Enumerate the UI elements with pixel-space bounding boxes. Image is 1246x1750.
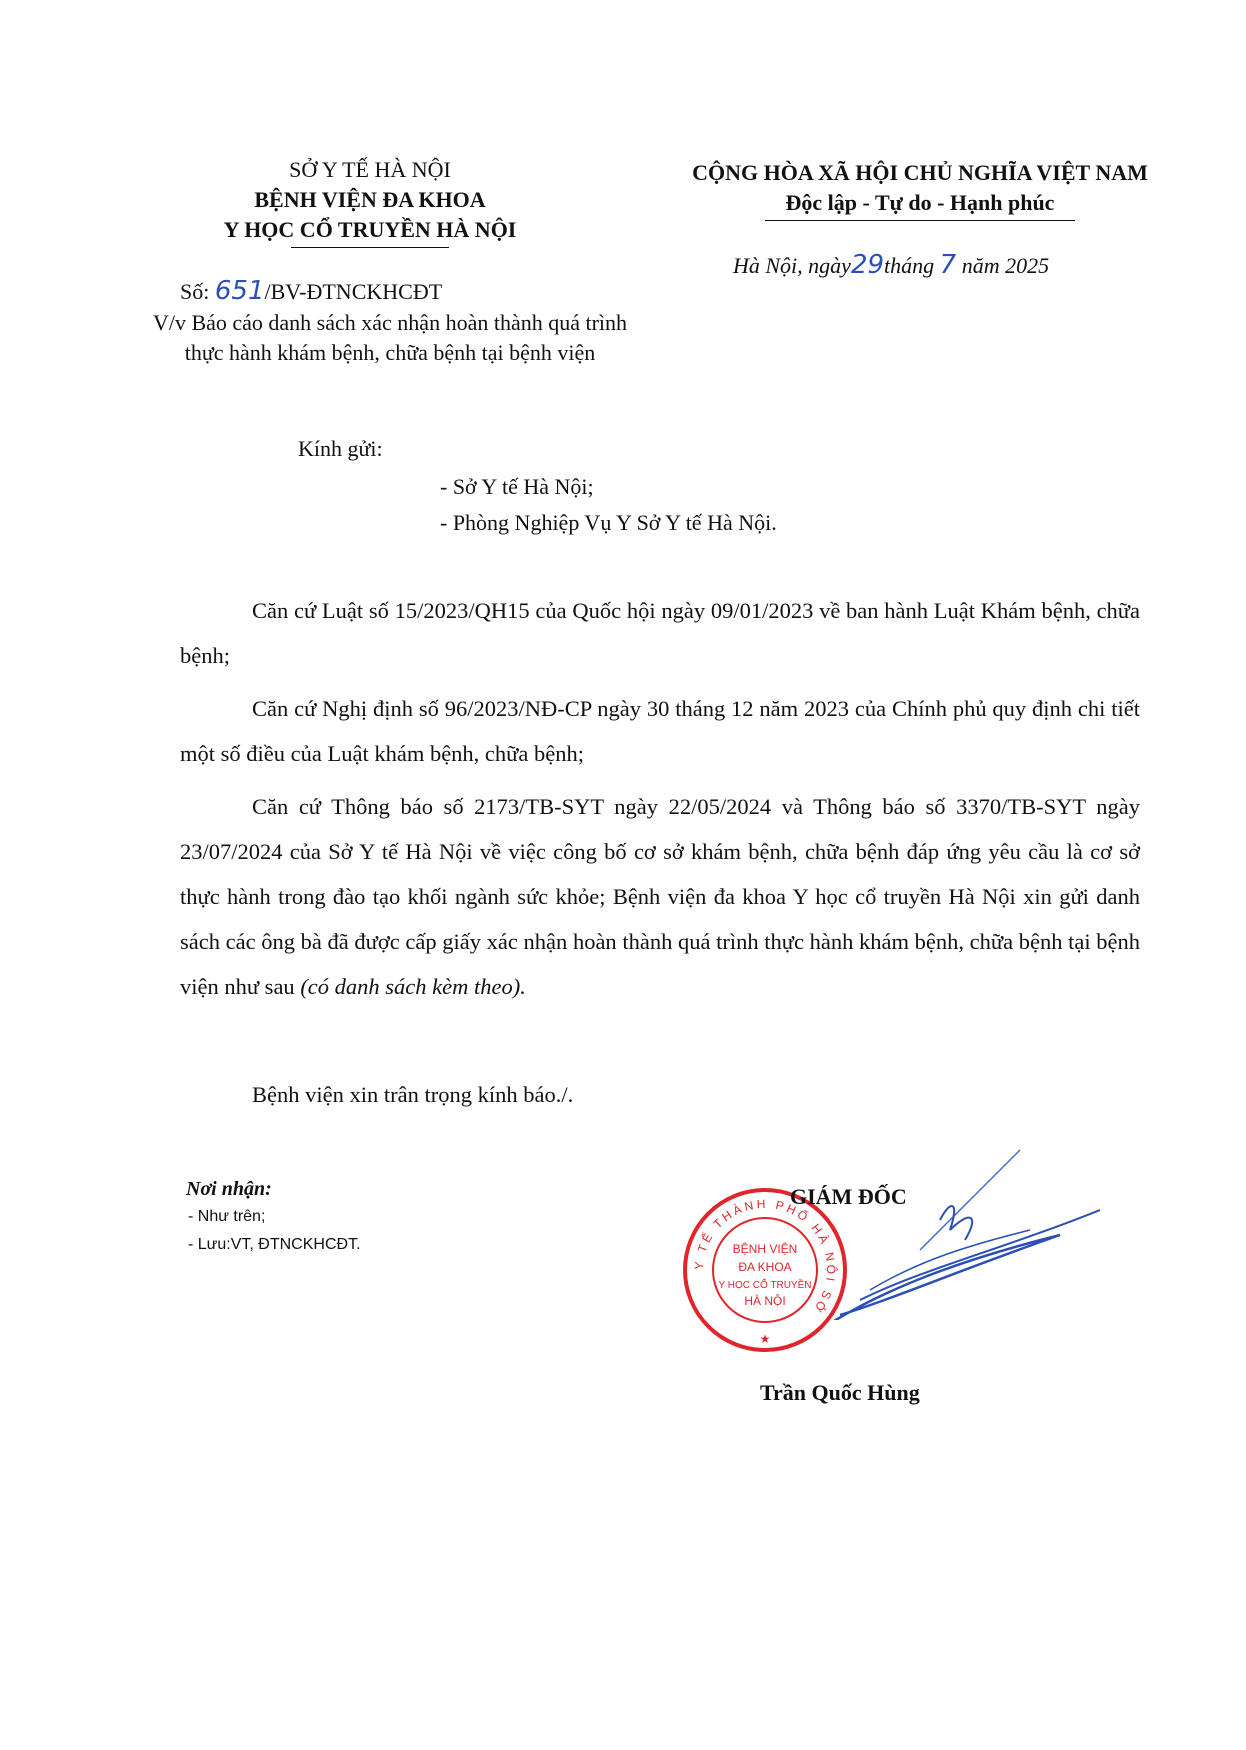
distribution-label: Nơi nhận:	[186, 1178, 272, 1201]
paragraph-text: Căn cứ Thông báo số 2173/TB-SYT ngày 22/…	[180, 794, 1140, 999]
date-year: năm 2025	[962, 253, 1049, 278]
svg-text:ĐA KHOA: ĐA KHOA	[738, 1260, 791, 1274]
body-paragraph-3: Căn cứ Thông báo số 2173/TB-SYT ngày 22/…	[180, 784, 1140, 1009]
paragraph-text: Căn cứ Nghị định số 96/2023/NĐ-CP ngày 3…	[180, 696, 1140, 766]
doc-number-label: Số:	[180, 279, 209, 304]
handwritten-signature-icon	[800, 1140, 1100, 1320]
svg-text:Y HỌC CỔ TRUYỀN: Y HỌC CỔ TRUYỀN	[719, 1278, 812, 1291]
svg-text:HÀ NỘI: HÀ NỘI	[744, 1293, 785, 1308]
signer-name: Trần Quốc Hùng	[760, 1380, 920, 1406]
signer-title: GIÁM ĐỐC	[790, 1184, 907, 1210]
parent-agency: SỞ Y TẾ HÀ NỘI	[130, 155, 610, 185]
date-month-label: tháng	[884, 253, 934, 278]
national-header: CỘNG HÒA XÃ HỘI CHỦ NGHĨA VIỆT NAM Độc l…	[640, 158, 1200, 221]
recipient-item: - Sở Y tế Hà Nội;	[440, 474, 594, 500]
paragraph-text: Bệnh viện xin trân trọng kính báo./.	[252, 1082, 573, 1107]
date-prefix: Hà Nội, ngày	[733, 253, 851, 278]
issuing-authority-header: SỞ Y TẾ HÀ NỘI BỆNH VIỆN ĐA KHOA Y HỌC C…	[130, 155, 610, 248]
date-line: Hà Nội, ngày29tháng 7 năm 2025	[733, 250, 1049, 280]
svg-text:★: ★	[760, 1332, 771, 1346]
attachment-note: (có danh sách kèm theo).	[300, 974, 526, 999]
paragraph-text: Căn cứ Luật số 15/2023/QH15 của Quốc hội…	[180, 598, 1140, 668]
body-paragraph-1: Căn cứ Luật số 15/2023/QH15 của Quốc hội…	[180, 588, 1140, 678]
body-paragraph-2: Căn cứ Nghị định số 96/2023/NĐ-CP ngày 3…	[180, 686, 1140, 776]
doc-number-handwritten: 651	[215, 276, 265, 306]
hospital-name-line1: BỆNH VIỆN ĐA KHOA	[130, 185, 610, 215]
hospital-name-line2: Y HỌC CỔ TRUYỀN HÀ NỘI	[130, 215, 610, 245]
national-title: CỘNG HÒA XÃ HỘI CHỦ NGHĨA VIỆT NAM	[640, 158, 1200, 188]
document-number: Số: 651/BV-ĐTNCKHCĐT	[180, 276, 442, 306]
distribution-item: - Lưu:VT, ĐTNCKHCĐT.	[188, 1236, 361, 1254]
date-day-handwritten: 29	[851, 250, 884, 280]
date-month-handwritten: 7	[940, 250, 957, 280]
national-motto: Độc lập - Tự do - Hạnh phúc	[640, 188, 1200, 218]
svg-text:BỆNH VIỆN: BỆNH VIỆN	[733, 1241, 798, 1256]
body-paragraph-4: Bệnh viện xin trân trọng kính báo./.	[180, 1072, 1140, 1117]
subject-line: V/v Báo cáo danh sách xác nhận hoàn thàn…	[140, 308, 640, 368]
recipients-label: Kính gửi:	[298, 436, 383, 462]
header-divider	[291, 247, 449, 248]
doc-number-suffix: /BV-ĐTNCKHCĐT	[265, 279, 443, 304]
motto-divider	[765, 220, 1075, 221]
recipient-item: - Phòng Nghiệp Vụ Y Sở Y tế Hà Nội.	[440, 510, 777, 536]
distribution-item: - Như trên;	[188, 1208, 265, 1226]
